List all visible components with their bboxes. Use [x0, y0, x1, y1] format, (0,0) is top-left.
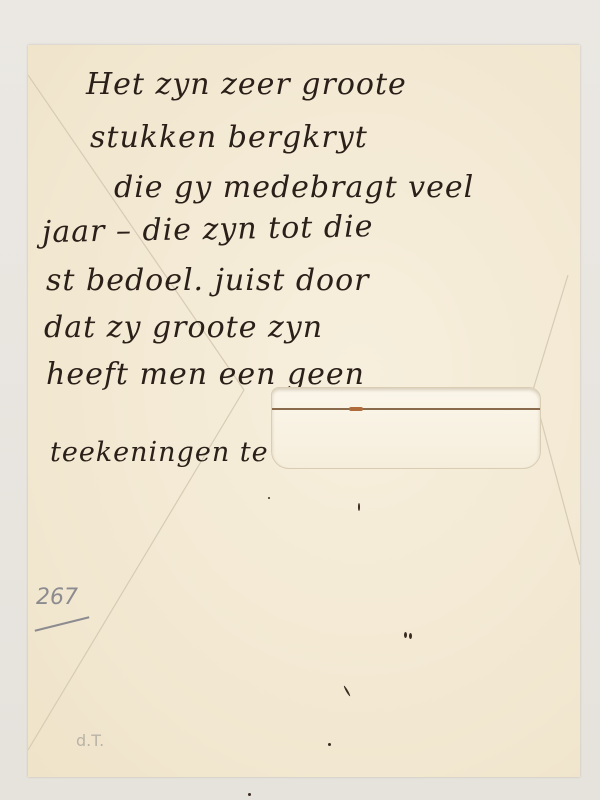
letter-paper: Het zyn zeer groote stukken bergkryt die… — [28, 45, 580, 777]
ink-speck — [358, 503, 360, 511]
slot-cut-line — [272, 408, 540, 410]
ink-speck — [248, 793, 251, 796]
ink-speck — [404, 632, 407, 638]
ink-speck — [268, 497, 270, 499]
letter-line-1: Het zyn zeer groote — [86, 67, 407, 102]
letter-line-2: stukken bergkryt — [90, 120, 368, 155]
letter-line-6: dat zy groote zyn — [44, 310, 323, 345]
ink-speck — [409, 633, 412, 639]
archive-number: 267 — [36, 585, 78, 610]
ink-speck — [328, 743, 331, 746]
cut-slot — [271, 387, 541, 469]
letter-line-4: jaar – die zyn tot die — [42, 209, 374, 250]
faint-stamp-mark: d.T. — [76, 731, 104, 750]
letter-line-3: die gy medebragt veel — [114, 170, 474, 205]
rust-stain — [349, 407, 363, 411]
letter-line-5: st bedoel. juist door — [46, 263, 370, 298]
